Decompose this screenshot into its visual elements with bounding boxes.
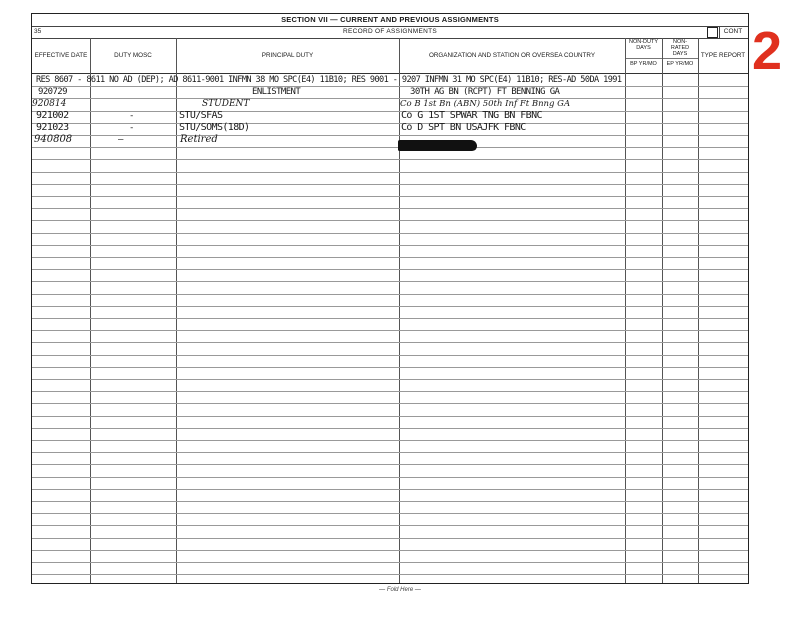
row-rule — [32, 525, 748, 526]
row-1-org: 30TH AG BN (RCPT) FT BENNING GA — [410, 86, 559, 98]
row-3-mosc: - — [129, 110, 134, 122]
row-rule — [32, 550, 748, 551]
row-rule — [32, 318, 748, 319]
row-3-duty: STU/SFAS — [179, 110, 222, 122]
row-rule — [32, 196, 748, 197]
record-title: RECORD OF ASSIGNMENTS — [32, 26, 748, 38]
row-rule — [32, 98, 748, 99]
row-rule — [32, 86, 748, 87]
row-rule — [32, 135, 748, 136]
row-rule — [32, 367, 748, 368]
row-rule — [32, 477, 748, 478]
remark-line: RES 8607 - 8611 NO AD (DEP); AD 8611-900… — [36, 74, 621, 86]
header-effective-date: EFFECTIVE DATE — [32, 38, 90, 74]
row-3-date: 921002 — [36, 110, 69, 122]
page-marker: 2 — [752, 24, 782, 78]
row-4-duty: STU/SOMS(18D) — [179, 122, 249, 134]
row-rule — [32, 391, 748, 392]
fold-here-label: — Fold Here — — [0, 587, 800, 593]
row-rule — [32, 501, 748, 502]
redaction-mark — [398, 140, 477, 151]
row-rule — [32, 208, 748, 209]
header-organization: ORGANIZATION AND STATION OR OVERSEA COUN… — [399, 38, 625, 74]
row-rule — [32, 513, 748, 514]
header-type-report: TYPE REPORT — [698, 38, 748, 74]
header-non-duty-days: NON-DUTY DAYS BP YR/MO — [625, 38, 662, 74]
header-non-rated-days: NON-RATED DAYS EP YR/MO — [662, 38, 698, 74]
row-5-date: 940808 — [34, 134, 72, 146]
row-2-date: 920814 — [32, 98, 66, 110]
row-rule — [32, 123, 748, 124]
row-rule — [32, 464, 748, 465]
header-principal-duty: PRINCIPAL DUTY — [176, 38, 399, 74]
row-5-mosc: — — [118, 134, 123, 146]
row-rule — [32, 440, 748, 441]
assignments-form: SECTION VII — CURRENT AND PREVIOUS ASSIG… — [31, 13, 749, 584]
item-number: 35 — [34, 26, 41, 38]
assignment-rows: RES 8607 - 8611 NO AD (DEP); AD 8611-900… — [32, 74, 748, 583]
row-rule — [32, 233, 748, 234]
row-rule — [32, 355, 748, 356]
cont-checkbox[interactable] — [707, 27, 718, 38]
row-2-org: Co B 1st Bn (ABN) 50th Inf Ft Bnng GA — [400, 98, 570, 110]
row-rule — [32, 220, 748, 221]
row-rule — [32, 428, 748, 429]
row-rule — [32, 172, 748, 173]
row-rule — [32, 257, 748, 258]
row-rule — [32, 294, 748, 295]
row-4-date: 921023 — [36, 122, 69, 134]
row-rule — [32, 379, 748, 380]
row-rule — [32, 538, 748, 539]
row-rule — [32, 184, 748, 185]
row-rule — [32, 562, 748, 563]
row-rule — [32, 269, 748, 270]
row-4-mosc: - — [129, 122, 134, 134]
row-rule — [32, 306, 748, 307]
row-rule — [32, 342, 748, 343]
row-1-date: 920729 — [38, 86, 67, 98]
row-rule — [32, 452, 748, 453]
row-rule — [32, 574, 748, 575]
row-3-org: Co G 1ST SPWAR TNG BN FBNC — [401, 110, 542, 122]
cont-label: CONT — [719, 26, 746, 38]
row-rule — [32, 330, 748, 331]
row-4-org: Co D SPT BN USAJFK FBNC — [401, 122, 526, 134]
row-rule — [32, 111, 748, 112]
row-rule — [32, 245, 748, 246]
row-rule — [32, 147, 748, 148]
row-1-duty: ENLISTMENT — [252, 86, 300, 98]
row-rule — [32, 403, 748, 404]
row-rule — [32, 416, 748, 417]
row-rule — [32, 489, 748, 490]
row-rule — [32, 281, 748, 282]
row-rule — [32, 159, 748, 160]
header-duty-mosc: DUTY MOSC — [90, 38, 176, 74]
row-5-duty: Retired — [180, 134, 218, 146]
row-2-duty: STUDENT — [202, 98, 249, 110]
